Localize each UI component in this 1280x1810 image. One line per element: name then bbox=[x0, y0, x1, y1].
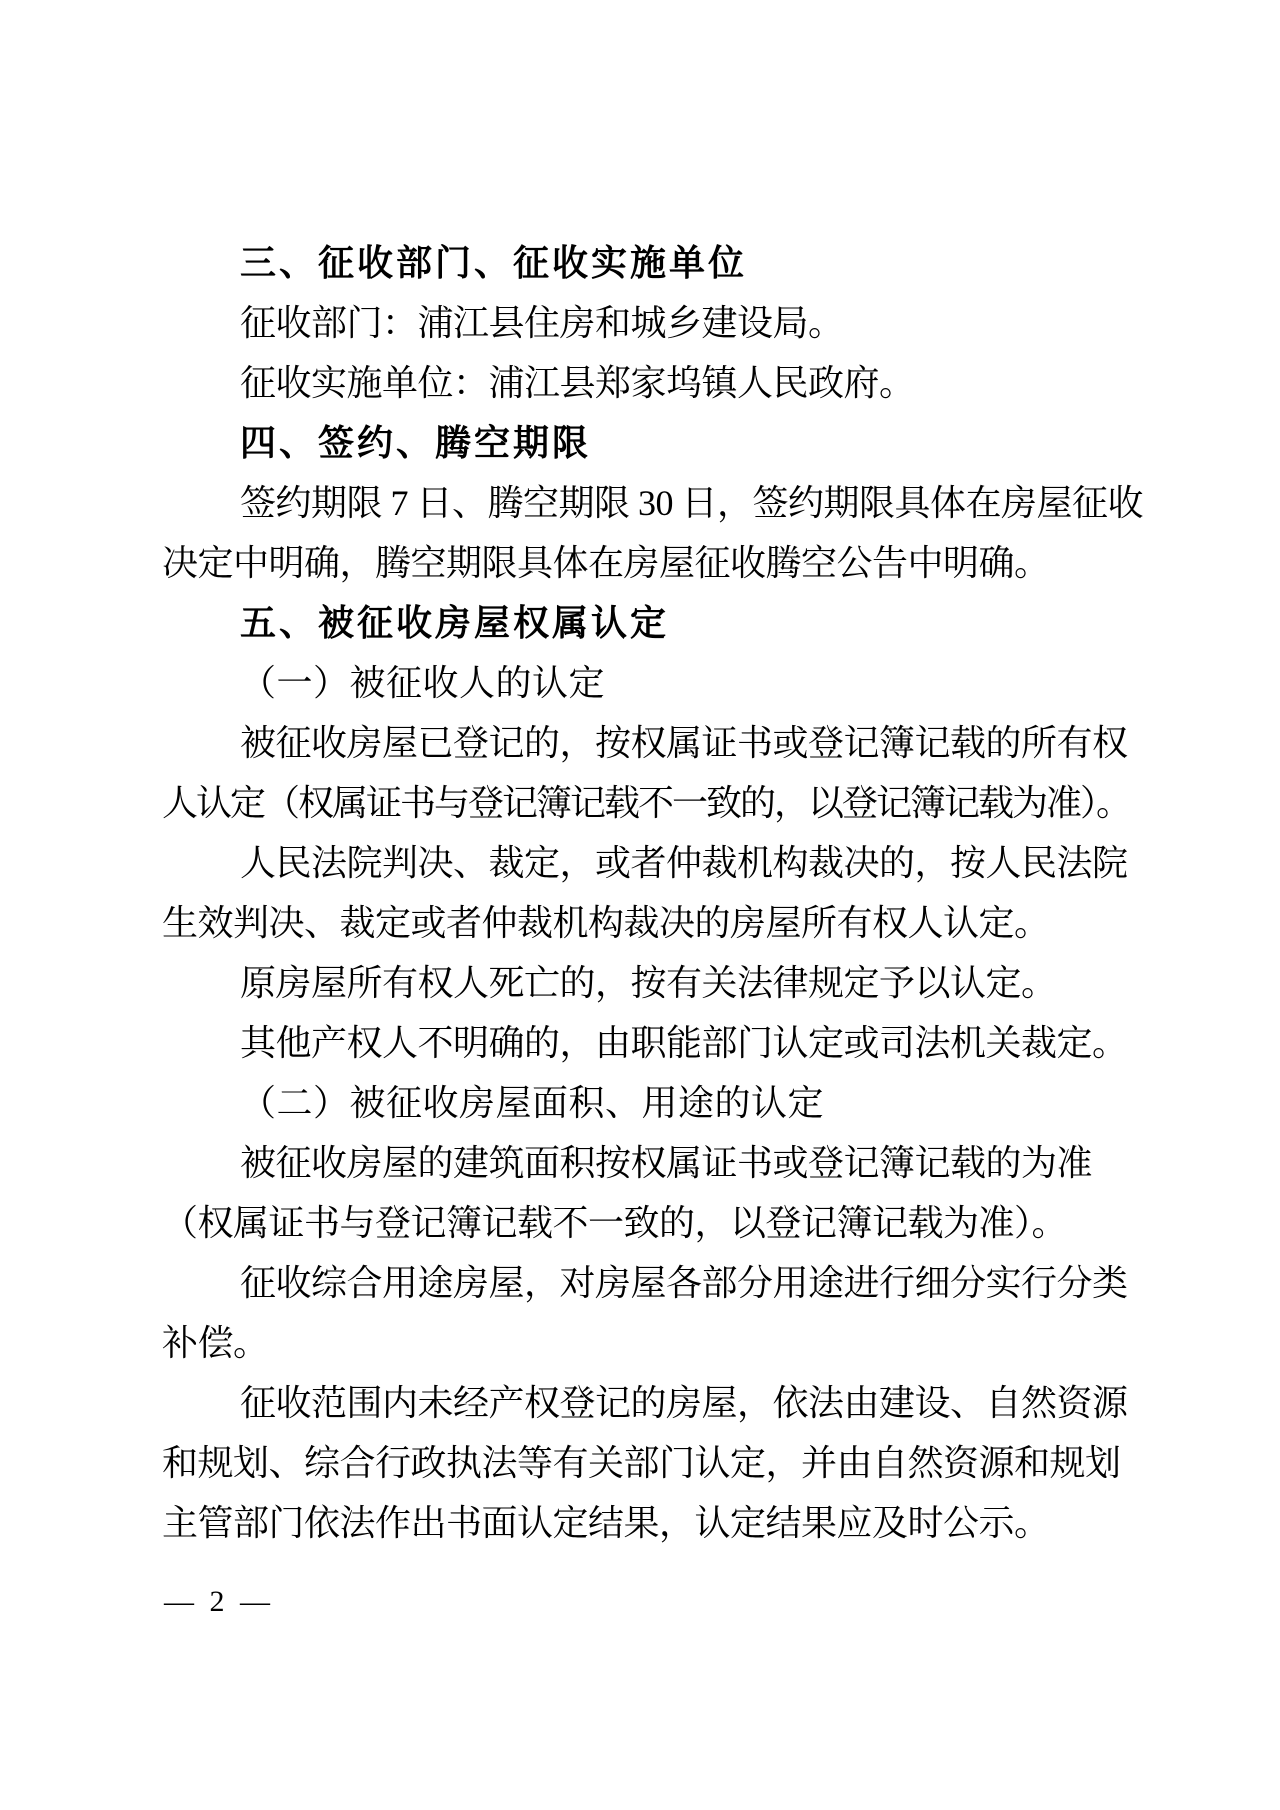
sub-section-heading: （一）被征收人的认定 bbox=[162, 653, 1242, 713]
body-text-line: 生效判决、裁定或者仲裁机构裁决的房屋所有权人认定。 bbox=[162, 893, 1242, 953]
body-text-line: 征收实施单位：浦江县郑家坞镇人民政府。 bbox=[162, 353, 1242, 413]
body-text-line: 征收综合用途房屋，对房屋各部分用途进行细分实行分类 bbox=[162, 1253, 1242, 1313]
body-text-line: 原房屋所有权人死亡的，按有关法律规定予以认定。 bbox=[162, 953, 1242, 1013]
section-heading: 四、签约、腾空期限 bbox=[162, 413, 1242, 473]
body-text-line: 和规划、综合行政执法等有关部门认定，并由自然资源和规划 bbox=[162, 1433, 1242, 1493]
body-text-line: 征收范围内未经产权登记的房屋，依法由建设、自然资源 bbox=[162, 1373, 1242, 1433]
document-page: 三、征收部门、征收实施单位征收部门：浦江县住房和城乡建设局。征收实施单位：浦江县… bbox=[0, 0, 1280, 1810]
body-text-line: 被征收房屋已登记的，按权属证书或登记簿记载的所有权 bbox=[162, 713, 1242, 773]
body-text-line: 其他产权人不明确的，由职能部门认定或司法机关裁定。 bbox=[162, 1013, 1242, 1073]
document-body: 三、征收部门、征收实施单位征收部门：浦江县住房和城乡建设局。征收实施单位：浦江县… bbox=[162, 233, 1242, 1553]
body-text-line: 决定中明确，腾空期限具体在房屋征收腾空公告中明确。 bbox=[162, 533, 1242, 593]
body-text-line: 人民法院判决、裁定，或者仲裁机构裁决的，按人民法院 bbox=[162, 833, 1242, 893]
body-text-line: 签约期限 7 日、腾空期限 30 日，签约期限具体在房屋征收 bbox=[162, 473, 1242, 533]
sub-section-heading: （二）被征收房屋面积、用途的认定 bbox=[162, 1073, 1242, 1133]
section-heading: 三、征收部门、征收实施单位 bbox=[162, 233, 1242, 293]
body-text-line: 被征收房屋的建筑面积按权属证书或登记簿记载的为准 bbox=[162, 1133, 1242, 1193]
section-heading: 五、被征收房屋权属认定 bbox=[162, 593, 1242, 653]
body-text-line: （权属证书与登记簿记载不一致的，以登记簿记载为准）。 bbox=[162, 1193, 1242, 1253]
body-text-line: 主管部门依法作出书面认定结果，认定结果应及时公示。 bbox=[162, 1493, 1242, 1553]
page-number: — 2 — bbox=[164, 1584, 274, 1620]
body-text-line: 补偿。 bbox=[162, 1313, 1242, 1373]
body-text-line: 征收部门：浦江县住房和城乡建设局。 bbox=[162, 293, 1242, 353]
body-text-line: 人认定（权属证书与登记簿记载不一致的，以登记簿记载为准）。 bbox=[162, 773, 1242, 833]
